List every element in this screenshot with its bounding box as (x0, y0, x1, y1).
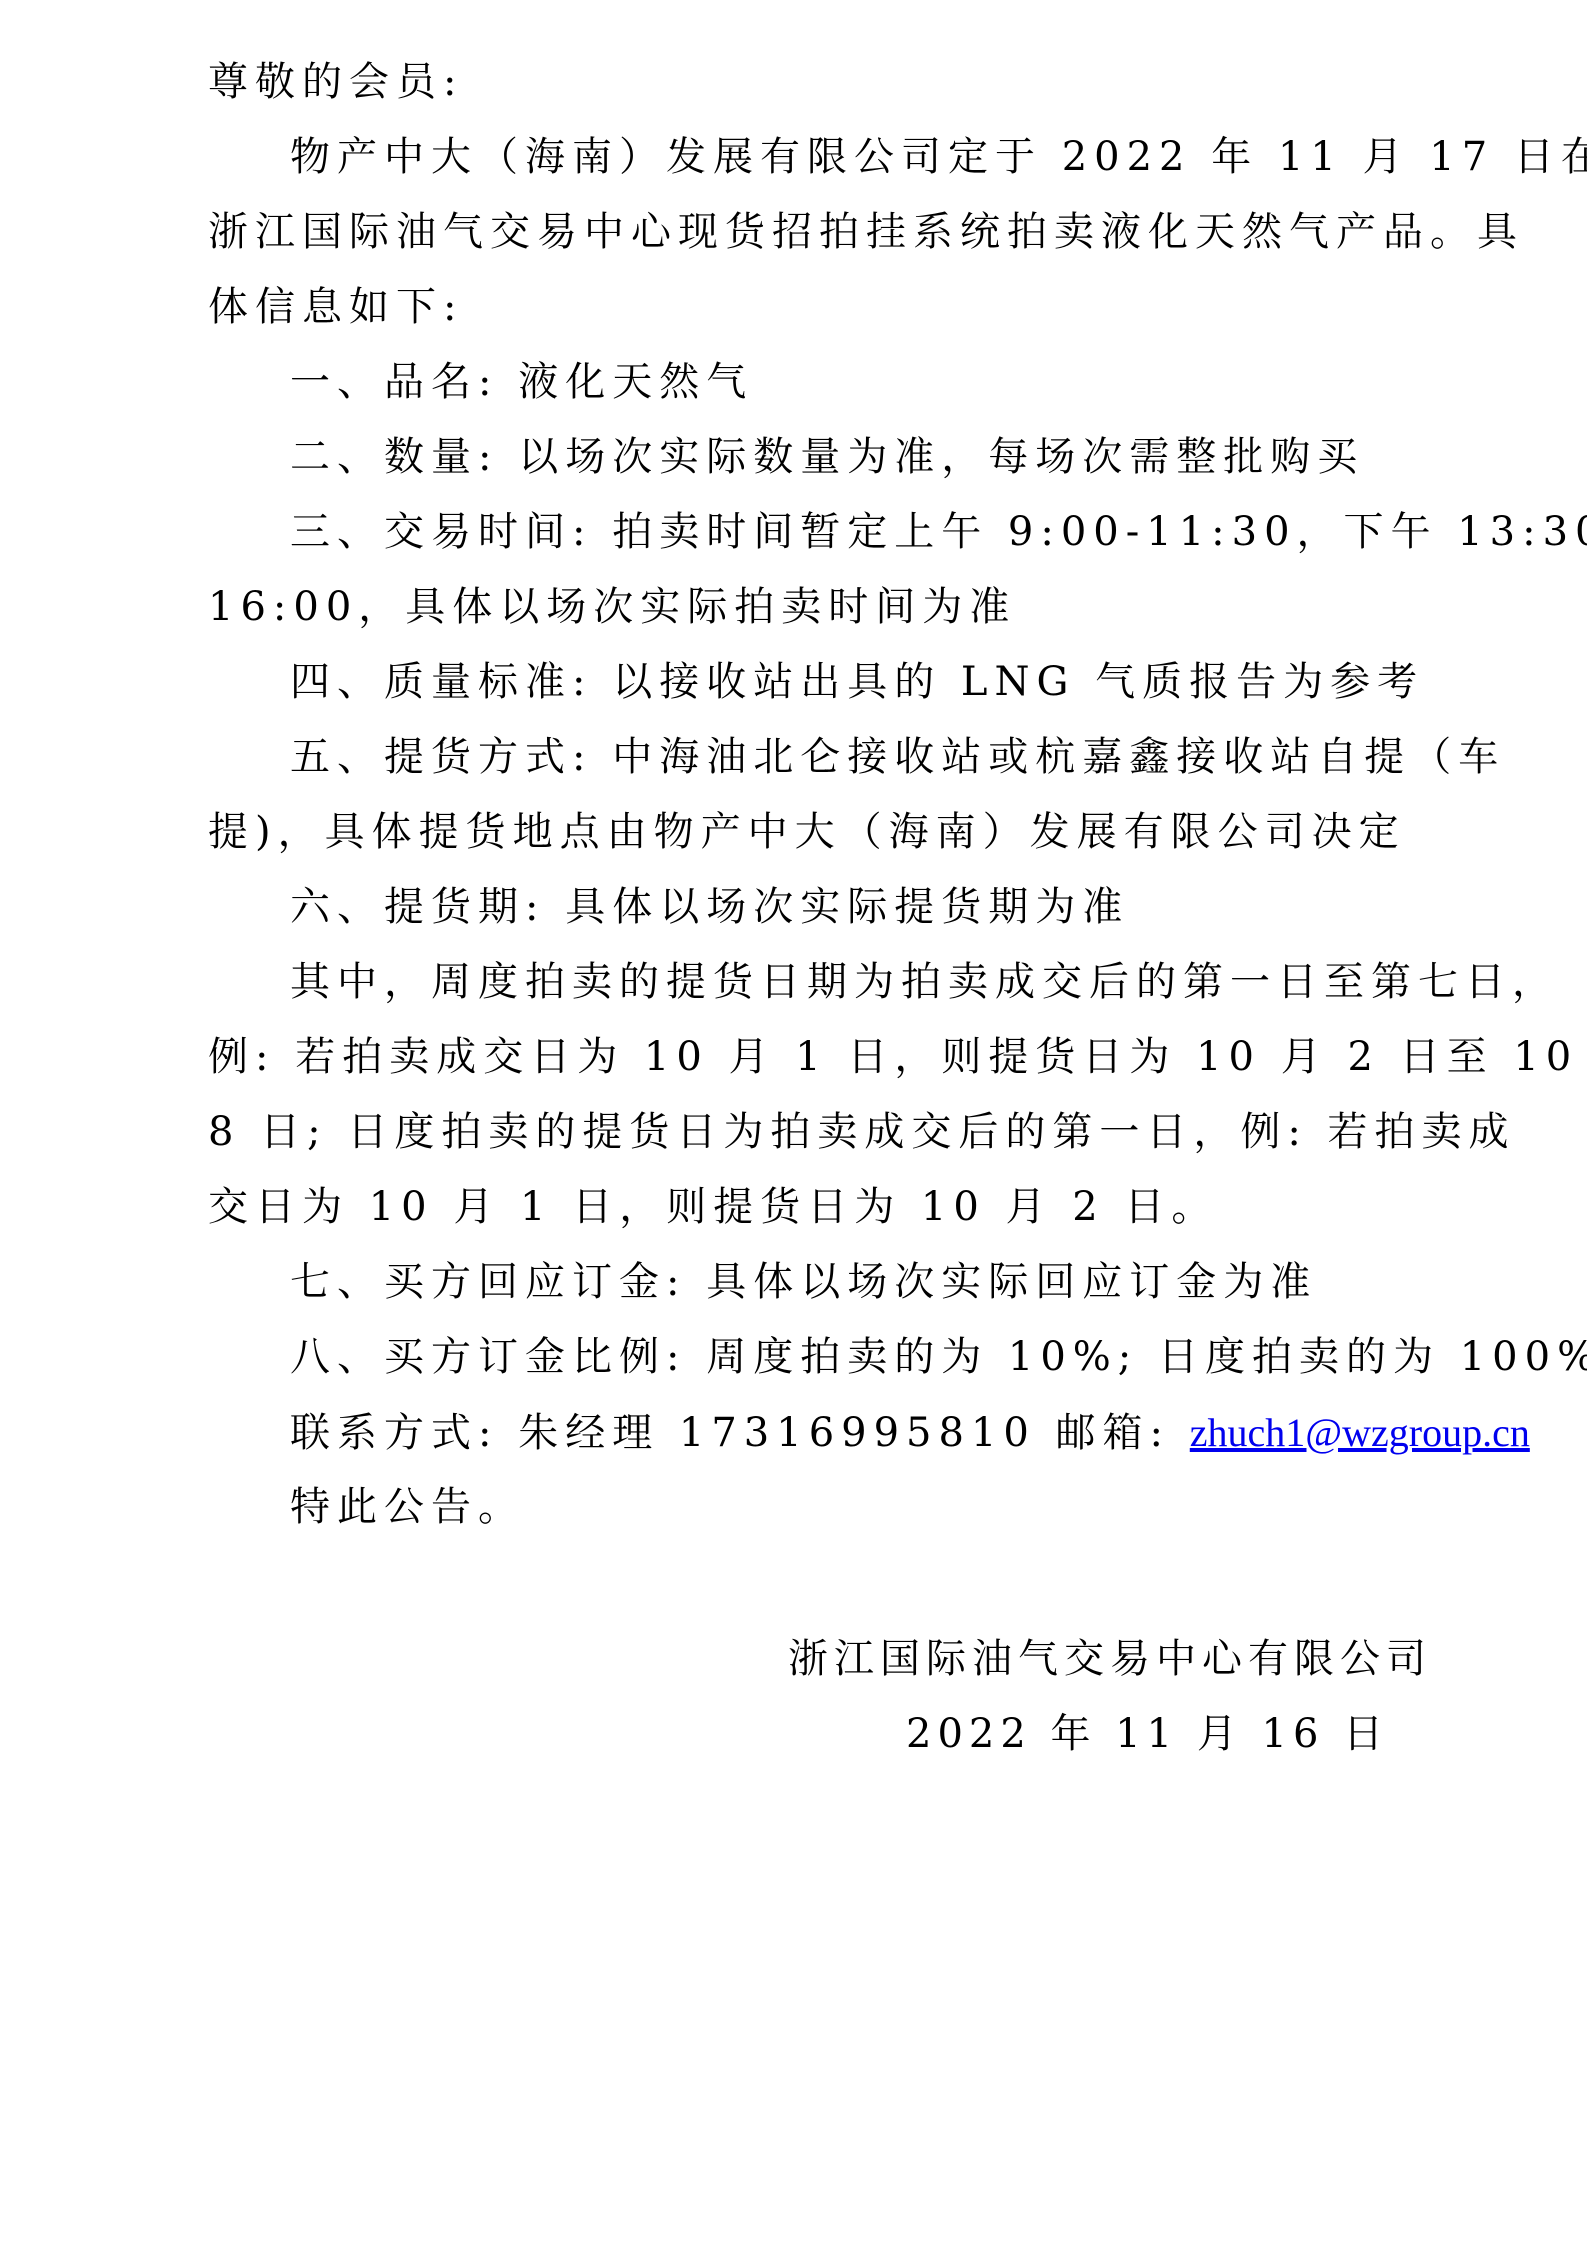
salutation: 尊敬的会员: (208, 45, 1380, 120)
item-buyer-deposit-ratio: 八、买方订金比例: 周度拍卖的为 10%; 日度拍卖的为 100% (290, 1320, 1380, 1395)
contact-line: 联系方式: 朱经理 17316995810 邮箱: zhuch1@wzgroup… (290, 1395, 1380, 1470)
item-delivery-method-line-1: 五、提货方式: 中海油北仑接收站或杭嘉鑫接收站自提（车 (290, 720, 1380, 795)
delivery-note-line-2: 例: 若拍卖成交日为 10 月 1 日，则提货日为 10 月 2 日至 10 月 (208, 1020, 1380, 1095)
item-quantity: 二、数量: 以场次实际数量为准，每场次需整批购买 (290, 420, 1380, 495)
item-delivery-method-line-2: 提)，具体提货地点由物产中大（海南）发展有限公司决定 (208, 795, 1380, 870)
item-trading-time-line-2: 16:00，具体以场次实际拍卖时间为准 (208, 570, 1380, 645)
item-trading-time-line-1: 三、交易时间: 拍卖时间暂定上午 9:00-11:30，下午 13:30- (290, 495, 1380, 570)
intro-line-2: 浙江国际油气交易中心现货招拍挂系统拍卖液化天然气产品。具 (208, 195, 1380, 270)
signature-company: 浙江国际油气交易中心有限公司 (788, 1622, 1432, 1697)
item-delivery-period: 六、提货期: 具体以场次实际提货期为准 (290, 870, 1380, 945)
delivery-note-line-4: 交日为 10 月 1 日，则提货日为 10 月 2 日。 (208, 1170, 1380, 1245)
email-link[interactable]: zhuch1@wzgroup.cn (1190, 1410, 1530, 1455)
intro-line-1: 物产中大（海南）发展有限公司定于 2022 年 11 月 17 日在 (290, 120, 1380, 195)
delivery-note-line-3: 8 日; 日度拍卖的提货日为拍卖成交后的第一日，例: 若拍卖成 (208, 1095, 1380, 1170)
closing-text: 特此公告。 (290, 1470, 1380, 1545)
document-page: 尊敬的会员: 物产中大（海南）发展有限公司定于 2022 年 11 月 17 日… (0, 0, 1587, 2245)
contact-label: 联系方式: 朱经理 17316995810 邮箱: (290, 1410, 1190, 1456)
delivery-note-line-1: 其中，周度拍卖的提货日期为拍卖成交后的第一日至第七日， (290, 945, 1380, 1020)
item-buyer-response-deposit: 七、买方回应订金: 具体以场次实际回应订金为准 (290, 1245, 1380, 1320)
intro-line-3: 体信息如下: (208, 270, 1380, 345)
item-product-name: 一、品名: 液化天然气 (290, 345, 1380, 420)
signature-date: 2022 年 11 月 16 日 (906, 1697, 1389, 1772)
item-quality-standard: 四、质量标准: 以接收站出具的 LNG 气质报告为参考 (290, 645, 1380, 720)
